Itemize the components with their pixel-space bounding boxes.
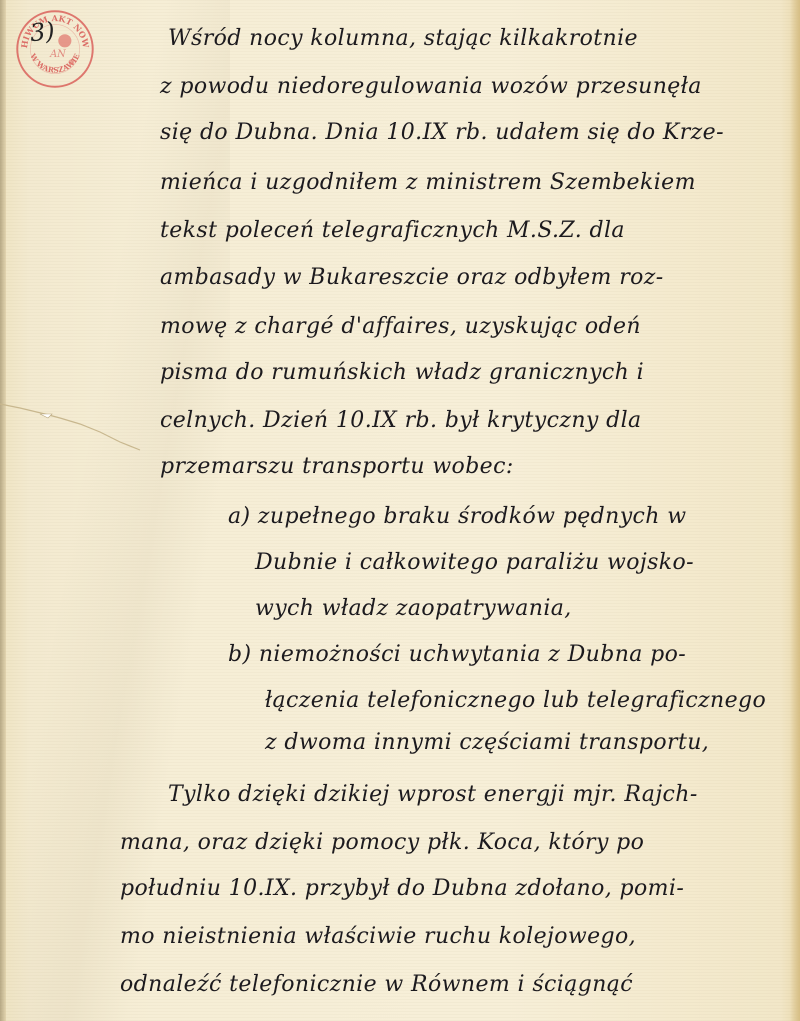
- document-page: ARCHIWUM AKT NOWYCH W WARSZAWIE AN 3) Wś…: [0, 0, 800, 1021]
- list-item-a-line-3: wych władz zaopatrywania,: [255, 596, 572, 621]
- text-line-19: południu 10.IX. przybył do Dubna zdołano…: [120, 876, 684, 901]
- text-line-4: mieńca i uzgodniłem z ministrem Szembeki…: [160, 170, 696, 195]
- paper-right-edge: [790, 0, 800, 1021]
- text-line-10: przemarszu transportu wobec:: [160, 454, 514, 479]
- list-item-b-line-3: z dwoma innymi częściami transportu,: [265, 730, 709, 755]
- text-line-1: Wśród nocy kolumna, stając kilkakrotnie: [168, 26, 638, 51]
- text-line-18: mana, oraz dzięki pomocy płk. Koca, któr…: [120, 830, 644, 855]
- text-line-20: mo nieistnienia właściwie ruchu kolejowe…: [120, 924, 636, 949]
- text-line-2: z powodu niedoregulowania wozów przesunę…: [160, 74, 702, 99]
- list-item-b-line-1: b) niemożności uchwytania z Dubna po-: [228, 642, 686, 667]
- list-item-b-line-2: łączenia telefonicznego lub telegraficzn…: [265, 688, 766, 713]
- text-line-3: się do Dubna. Dnia 10.IX rb. udałem się …: [160, 120, 724, 145]
- text-line-8: pisma do rumuńskich władz granicznych i: [160, 360, 644, 385]
- folio-number: 3): [29, 17, 56, 47]
- svg-text:AN: AN: [49, 49, 66, 60]
- paper-fold: [0, 0, 230, 1021]
- list-item-a-line-1: a) zupełnego braku środków pędnych w: [228, 504, 686, 529]
- text-line-5: tekst poleceń telegraficznych M.S.Z. dla: [160, 218, 625, 243]
- text-line-7: mowę z chargé d'affaires, uzyskując odeń: [160, 314, 641, 339]
- archive-stamp: ARCHIWUM AKT NOWYCH W WARSZAWIE AN: [14, 8, 96, 90]
- text-line-9: celnych. Dzień 10.IX rb. był krytyczny d…: [160, 408, 642, 433]
- text-line-6: ambasady w Bukareszcie oraz odbyłem roz-: [160, 265, 664, 290]
- paper-tear: [0, 402, 150, 452]
- list-item-a-line-2: Dubnie i całkowitego paraliżu wojsko-: [255, 550, 694, 575]
- text-line-17: Tylko dzięki dzikiej wprost energji mjr.…: [168, 782, 698, 807]
- paper-left-edge: [0, 0, 6, 1021]
- text-line-21: odnaleźć telefonicznie w Równem i ściągn…: [120, 972, 633, 997]
